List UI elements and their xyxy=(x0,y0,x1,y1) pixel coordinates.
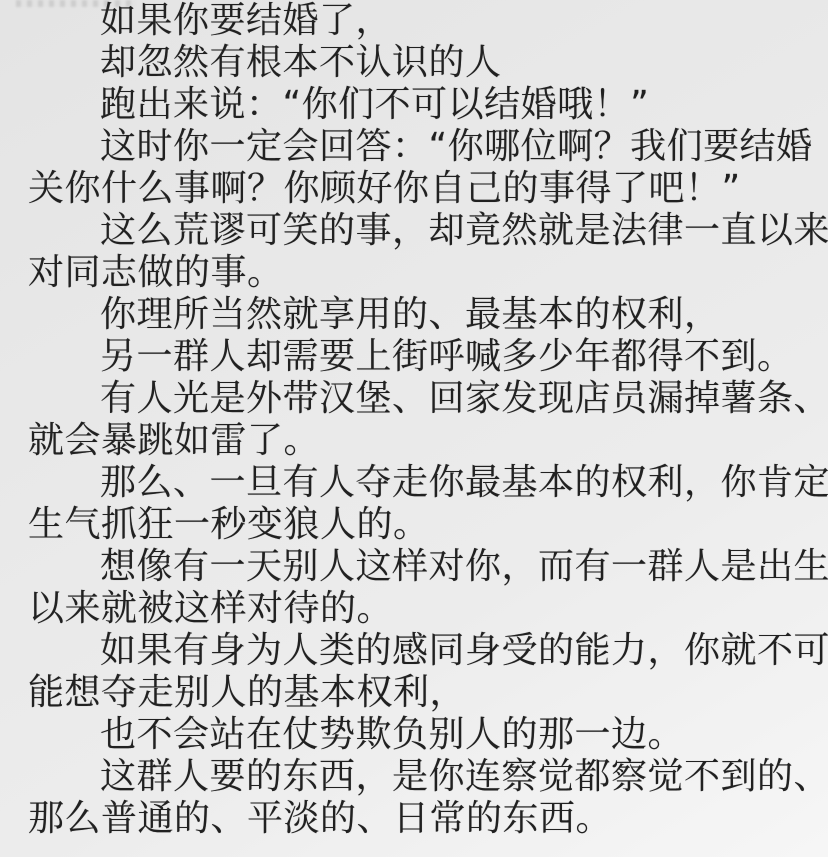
text-body: 如果你要结婚了， 却忽然有根本不认识的人 跑出来说：“你们不可以结婚哦！” 这时… xyxy=(28,0,828,840)
text-line: 那么、一旦有人夺走你最基本的权利，你肯定 xyxy=(28,462,828,504)
text-line: 如果你要结婚了， xyxy=(28,0,828,42)
text-line: 这时你一定会回答：“你哪位啊？我们要结婚 xyxy=(28,126,828,168)
text-line: 你理所当然就享用的、最基本的权利， xyxy=(28,294,828,336)
text-line: 另一群人却需要上街呼喊多少年都得不到。 xyxy=(28,336,828,378)
text-line: 能想夺走别人的基本权利， xyxy=(28,672,828,714)
text-line: 如果有身为人类的感同身受的能力，你就不可 xyxy=(28,630,828,672)
text-line: 跑出来说：“你们不可以结婚哦！” xyxy=(28,84,828,126)
text-line: 就会暴跳如雷了。 xyxy=(28,420,828,462)
text-line: 想像有一天别人这样对你，而有一群人是出生 xyxy=(28,546,828,588)
text-line: 这么荒谬可笑的事，却竟然就是法律一直以来 xyxy=(28,210,828,252)
text-line: 以来就被这样对待的。 xyxy=(28,588,828,630)
text-line: 却忽然有根本不认识的人 xyxy=(28,42,828,84)
text-line: 生气抓狂一秒变狼人的。 xyxy=(28,504,828,546)
text-line: 这群人要的东西，是你连察觉都察觉不到的、 xyxy=(28,756,828,798)
text-line: 也不会站在仗势欺负别人的那一边。 xyxy=(28,714,828,756)
text-line: 有人光是外带汉堡、回家发现店员漏掉薯条、 xyxy=(28,378,828,420)
text-line: 对同志做的事。 xyxy=(28,252,828,294)
text-line: 那么普通的、平淡的、日常的东西。 xyxy=(28,798,828,840)
text-line: 关你什么事啊？你顾好你自己的事得了吧！” xyxy=(28,168,828,210)
photographed-text-page: 如果你要结婚了， 却忽然有根本不认识的人 跑出来说：“你们不可以结婚哦！” 这时… xyxy=(0,0,828,857)
